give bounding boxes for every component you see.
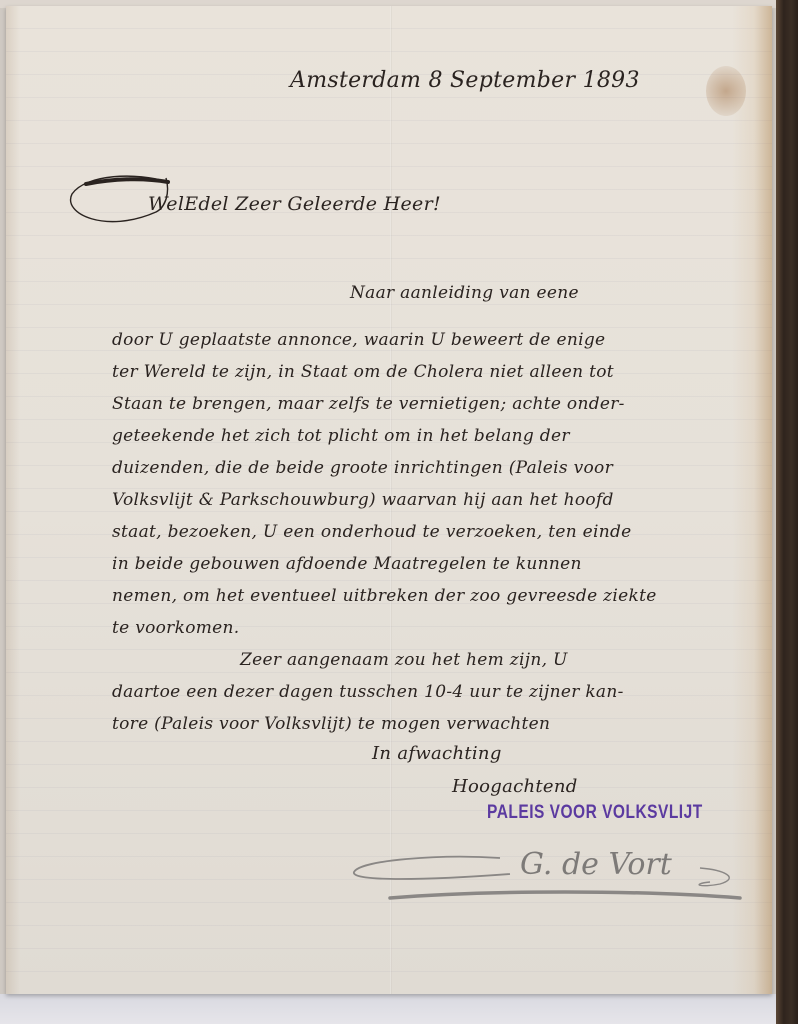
institution-stamp: PALEIS VOOR VOLKSVLIJT <box>487 802 703 825</box>
body-line: duizenden, die de beide groote inrichtin… <box>112 458 613 478</box>
body-line: ter Wereld te zijn, in Staat om de Chole… <box>112 362 614 382</box>
body-line: geteekende het zich tot plicht om in het… <box>112 426 570 446</box>
body-line: te voorkomen. <box>112 618 239 638</box>
body-line: Zeer aangenaam zou het hem zijn, U <box>240 650 568 670</box>
closing-line: Hoogachtend <box>452 776 578 797</box>
calligraphic-flourish-icon <box>66 152 176 232</box>
letter-dateline: Amsterdam 8 September 1893 <box>290 68 640 93</box>
underlying-sheet <box>0 994 798 1024</box>
body-line: Staan te brengen, maar zelfs te vernieti… <box>112 394 625 414</box>
wooden-table-edge <box>776 0 798 1024</box>
body-line: in beide gebouwen afdoende Maatregelen t… <box>112 554 582 574</box>
body-line: daartoe een dezer dagen tusschen 10-4 uu… <box>112 682 624 702</box>
body-line: staat, bezoeken, U een onderhoud te verz… <box>112 522 632 542</box>
body-line: Volksvlijt & Parkschouwburg) waarvan hij… <box>112 490 614 510</box>
body-line: nemen, om het eventueel uitbreken der zo… <box>112 586 657 606</box>
body-line: Naar aanleiding van eene <box>350 283 579 303</box>
body-line: tore (Paleis voor Volksvlijt) te mogen v… <box>112 714 550 734</box>
letter-salutation: WelEdel Zeer Geleerde Heer! <box>148 193 441 215</box>
signature: G. de Vort <box>520 847 672 882</box>
closing-line: In afwachting <box>372 743 502 764</box>
body-line: door U geplaatste annonce, waarin U bewe… <box>112 330 605 350</box>
age-stain <box>706 66 746 116</box>
